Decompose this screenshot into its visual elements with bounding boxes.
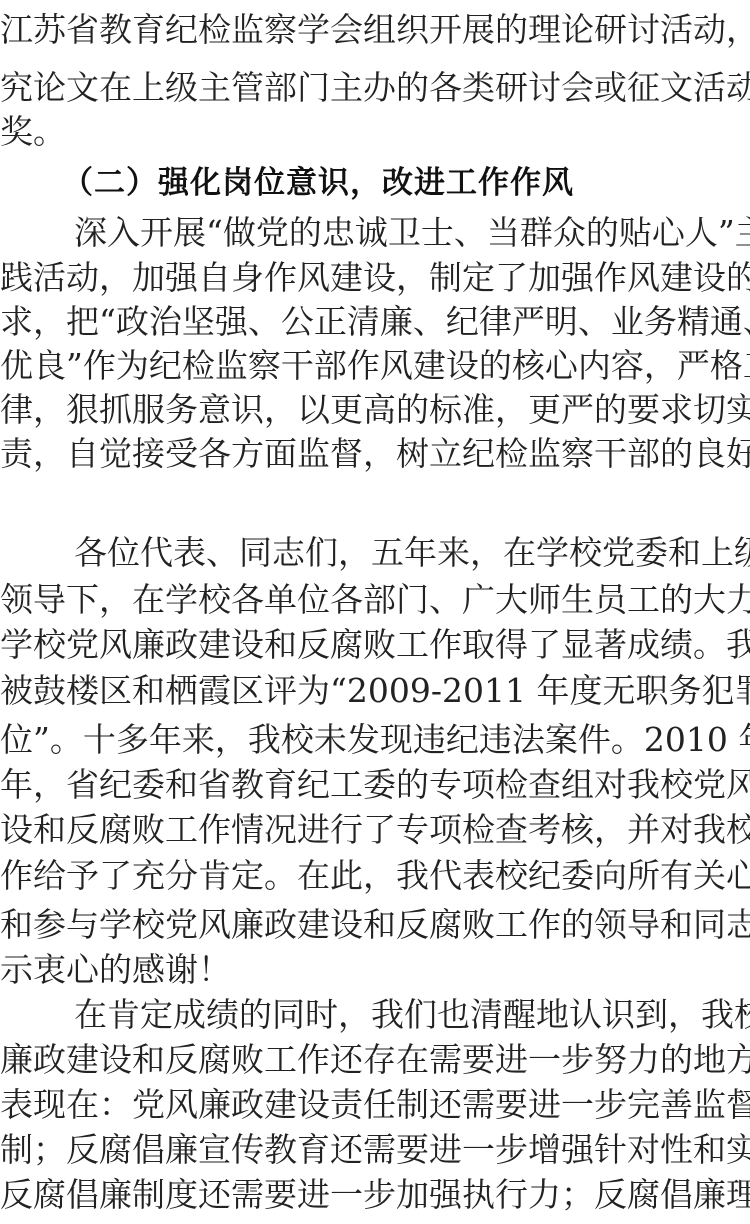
paragraph-line: 作给予了充分肯定。在此，我代表校纪委向所有关心、支持: [0, 854, 750, 898]
paragraph-line: 廉政建设和反腐败工作还存在需要进一步努力的地方，主要: [0, 1038, 750, 1082]
paragraph-line: 江苏省教育纪检监察学会组织开展的理论研讨活动，多篇研: [0, 8, 750, 52]
paragraph-line: 责，自觉接受各方面监督，树立纪检监察干部的良好形象。: [0, 432, 750, 476]
paragraph-line: 求，把“政治坚强、公正清廉、纪律严明、业务精通、作风: [0, 300, 750, 344]
paragraph-line: 深入开展“做党的忠诚卫士、当群众的贴心人”主题实: [74, 211, 750, 255]
paragraph-line: 位”。十多年来，我校未发现违纪违法案件。2010 年和 2011: [0, 718, 750, 762]
paragraph-line: 在肯定成绩的同时，我们也清醒地认识到，我校的党风: [74, 993, 750, 1037]
paragraph-line: 学校党风廉政建设和反腐败工作取得了显著成绩。我校分别: [0, 623, 750, 667]
paragraph-line: 奖。: [0, 110, 750, 154]
document-page: 江苏省教育纪检监察学会组织开展的理论研讨活动，多篇研 究论文在上级主管部门主办的…: [0, 0, 750, 1224]
paragraph-line: 表现在：党风廉政建设责任制还需要进一步完善监督检查机: [0, 1083, 750, 1127]
paragraph-line: 制；反腐倡廉宣传教育还需要进一步增强针对性和实效性；: [0, 1128, 750, 1172]
paragraph-line: 践活动，加强自身作风建设，制定了加强作风建设的相关要: [0, 256, 750, 300]
paragraph-line: 示衷心的感谢！: [0, 948, 750, 992]
paragraph-line: 律，狠抓服务意识，以更高的标准，更严的要求切实履行职: [0, 388, 750, 432]
paragraph-line: 和参与学校党风廉政建设和反腐败工作的领导和同志们表: [0, 903, 750, 947]
paragraph-line: 设和反腐败工作情况进行了专项检查考核，并对我校所做工: [0, 808, 750, 852]
paragraph-line: 优良”作为纪检监察干部作风建设的核心内容，严格工作纪: [0, 344, 750, 388]
paragraph-line: 领导下，在学校各单位各部门、广大师生员工的大力支持下，: [0, 578, 750, 622]
paragraph-line: 反腐倡廉制度还需要进一步加强执行力；反腐倡廉理论研究: [0, 1173, 750, 1217]
paragraph-line: 究论文在上级主管部门主办的各类研讨会或征文活动中获: [0, 66, 750, 110]
paragraph-line: 各位代表、同志们，五年来，在学校党委和上级纪委的: [74, 531, 750, 575]
paragraph-line: 被鼓楼区和栖霞区评为“2009-2011 年度无职务犯罪先进单: [0, 669, 750, 713]
paragraph-line: 年，省纪委和省教育纪工委的专项检查组对我校党风廉政建: [0, 763, 750, 807]
section-heading: （二）强化岗位意识，改进工作作风: [62, 161, 574, 205]
